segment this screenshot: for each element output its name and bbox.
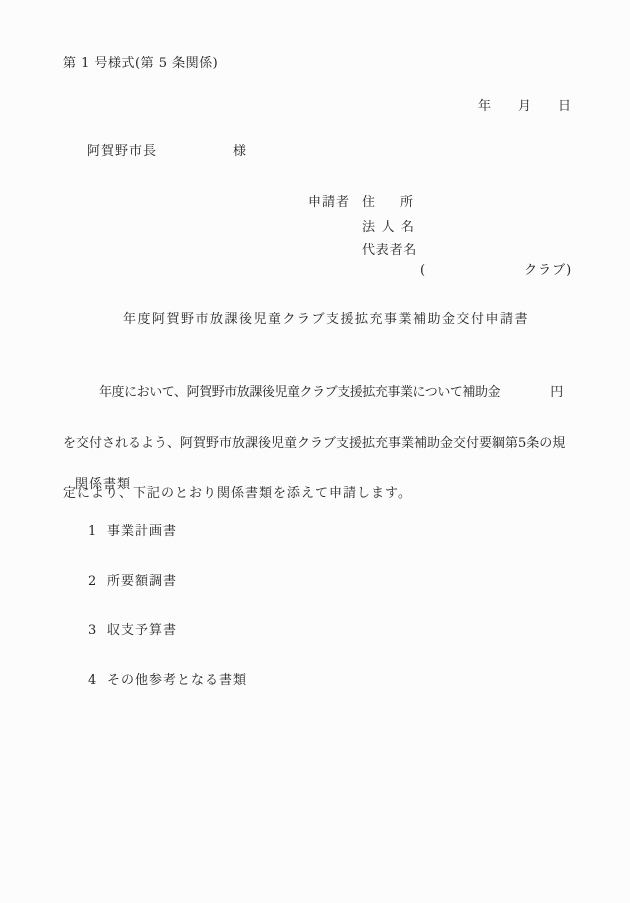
list-item: 1 事業計画書 — [88, 520, 247, 544]
date-day-label: 日 — [558, 100, 571, 113]
addressee-line: 阿賀野市長 様 — [87, 145, 247, 158]
applicant-corporate-name-label: 法人名 — [362, 221, 421, 234]
list-item: 4 その他参考となる書類 — [88, 669, 247, 693]
applicant-address-label: 住所 — [362, 196, 438, 209]
application-form-page: 第 1 号様式(第 5 条関係) 年 月 日 阿賀野市長 様 申請者 住所 法人… — [0, 0, 630, 903]
applicant-club-name-blank: ( クラブ) — [420, 264, 572, 277]
list-item-number: 4 — [88, 669, 107, 693]
list-item-text: 収支予算書 — [107, 619, 177, 643]
applicant-label: 申請者 — [308, 196, 350, 209]
attachments-list: 1 事業計画書 2 所要額調書 3 収支予算書 4 その他参考となる書類 — [88, 494, 247, 718]
list-item: 3 収支予算書 — [88, 619, 247, 643]
list-item: 2 所要額調書 — [88, 570, 247, 594]
body-line-2: を交付されるよう、阿賀野市放課後児童クラブ支援拡充事業補助金交付要綱第5条の規 — [63, 432, 570, 457]
list-item-text: 所要額調書 — [107, 570, 177, 594]
addressee-honorific: 様 — [233, 145, 247, 158]
list-item-text: 事業計画書 — [107, 520, 177, 544]
form-number: 第 1 号様式(第 5 条関係) — [63, 57, 218, 70]
list-item-number: 1 — [88, 520, 107, 544]
date-line: 年 月 日 — [478, 100, 571, 113]
list-item-number: 3 — [88, 619, 107, 643]
list-item-text: その他参考となる書類 — [107, 669, 247, 693]
attachments-heading: 関係書類 — [75, 478, 131, 491]
applicant-representative-label: 代表者名 — [362, 244, 417, 257]
addressee-name: 阿賀野市長 — [87, 145, 157, 158]
document-title: 年度阿賀野市放課後児童クラブ支援拡充事業補助金交付申請書 — [123, 313, 529, 326]
body-line-1: 年度において、阿賀野市放課後児童クラブ支援拡充事業について補助金 円 — [63, 381, 570, 406]
date-month-label: 月 — [518, 100, 531, 113]
list-item-number: 2 — [88, 570, 107, 594]
date-year-label: 年 — [478, 100, 491, 113]
